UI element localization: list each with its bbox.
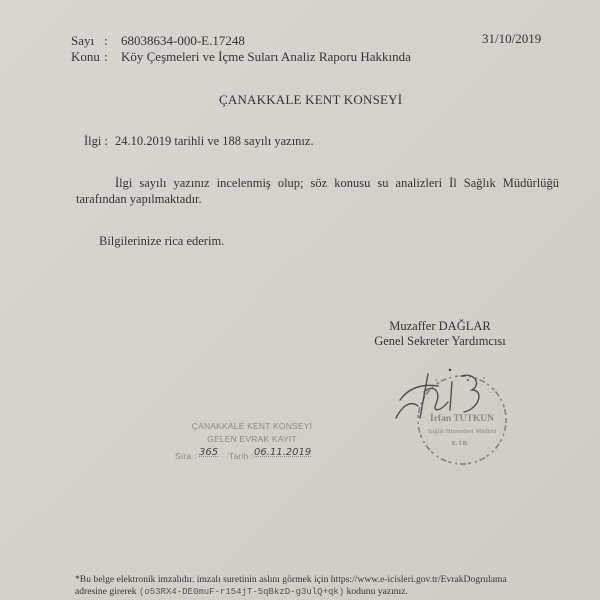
addressee: ÇANAKKALE KENT KONSEYİ xyxy=(219,92,402,108)
verification-code: (o53RX4-DE0muF-r154jT-5qBkzD-g3ulQ+qk) xyxy=(139,587,344,597)
body-paragraph-line-2: tarafından yapılmaktadır. xyxy=(76,192,202,207)
sayi-label: Sayı xyxy=(71,33,94,49)
signatory-name: Muzaffer DAĞLAR xyxy=(340,319,540,334)
closing-text: Bilgilerinize rica ederim. xyxy=(99,234,224,249)
sayi-separator: : xyxy=(104,33,108,49)
footer-line-1: *Bu belge elektronik imzalıdır. imzalı s… xyxy=(75,574,507,585)
registry-stamp-line-1: ÇANAKKALE KENT KONSEYİ xyxy=(172,421,332,431)
registry-sira-label: Sıra : xyxy=(175,451,197,461)
footer-suffix: kodunu yazınız. xyxy=(347,586,408,597)
signatory-title: Genel Sekreter Yardımcısı xyxy=(340,334,540,349)
seal-bottom-text: E. İ B. xyxy=(430,441,490,447)
registry-tarih-label: Tarih : xyxy=(229,451,254,461)
registry-stamp-line-2: GELEN EVRAK KAYIT xyxy=(172,434,332,444)
konu-separator: : xyxy=(104,49,108,65)
official-seal-icon xyxy=(380,360,540,490)
document-date: 31/10/2019 xyxy=(482,31,541,47)
seal-title: Sağlık Hizmetleri Müdürü xyxy=(404,428,520,435)
footer-prefix: adresine girerek xyxy=(75,586,137,597)
document-page: Sayı : 68038634-000-E.17248 Konu : Köy Ç… xyxy=(0,0,600,600)
konu-label: Konu xyxy=(71,49,100,65)
ilgi-value: 24.10.2019 tarihli ve 188 sayılı yazınız… xyxy=(115,134,314,149)
footer-line-2: adresine girerek (o53RX4-DE0muF-r154jT-5… xyxy=(75,586,408,597)
konu-value: Köy Çeşmeleri ve İçme Suları Analiz Rapo… xyxy=(121,49,411,65)
sayi-value: 68038634-000-E.17248 xyxy=(121,33,245,49)
registry-sira-value: 365 xyxy=(199,447,218,458)
registry-tarih-value: 06.11.2019 xyxy=(254,447,311,458)
ilgi-label: İlgi : xyxy=(84,134,108,149)
seal-name: İrfan TUTKUN xyxy=(414,414,510,424)
body-paragraph-line-1: İlgi sayılı yazınız incelenmiş olup; söz… xyxy=(115,176,559,191)
